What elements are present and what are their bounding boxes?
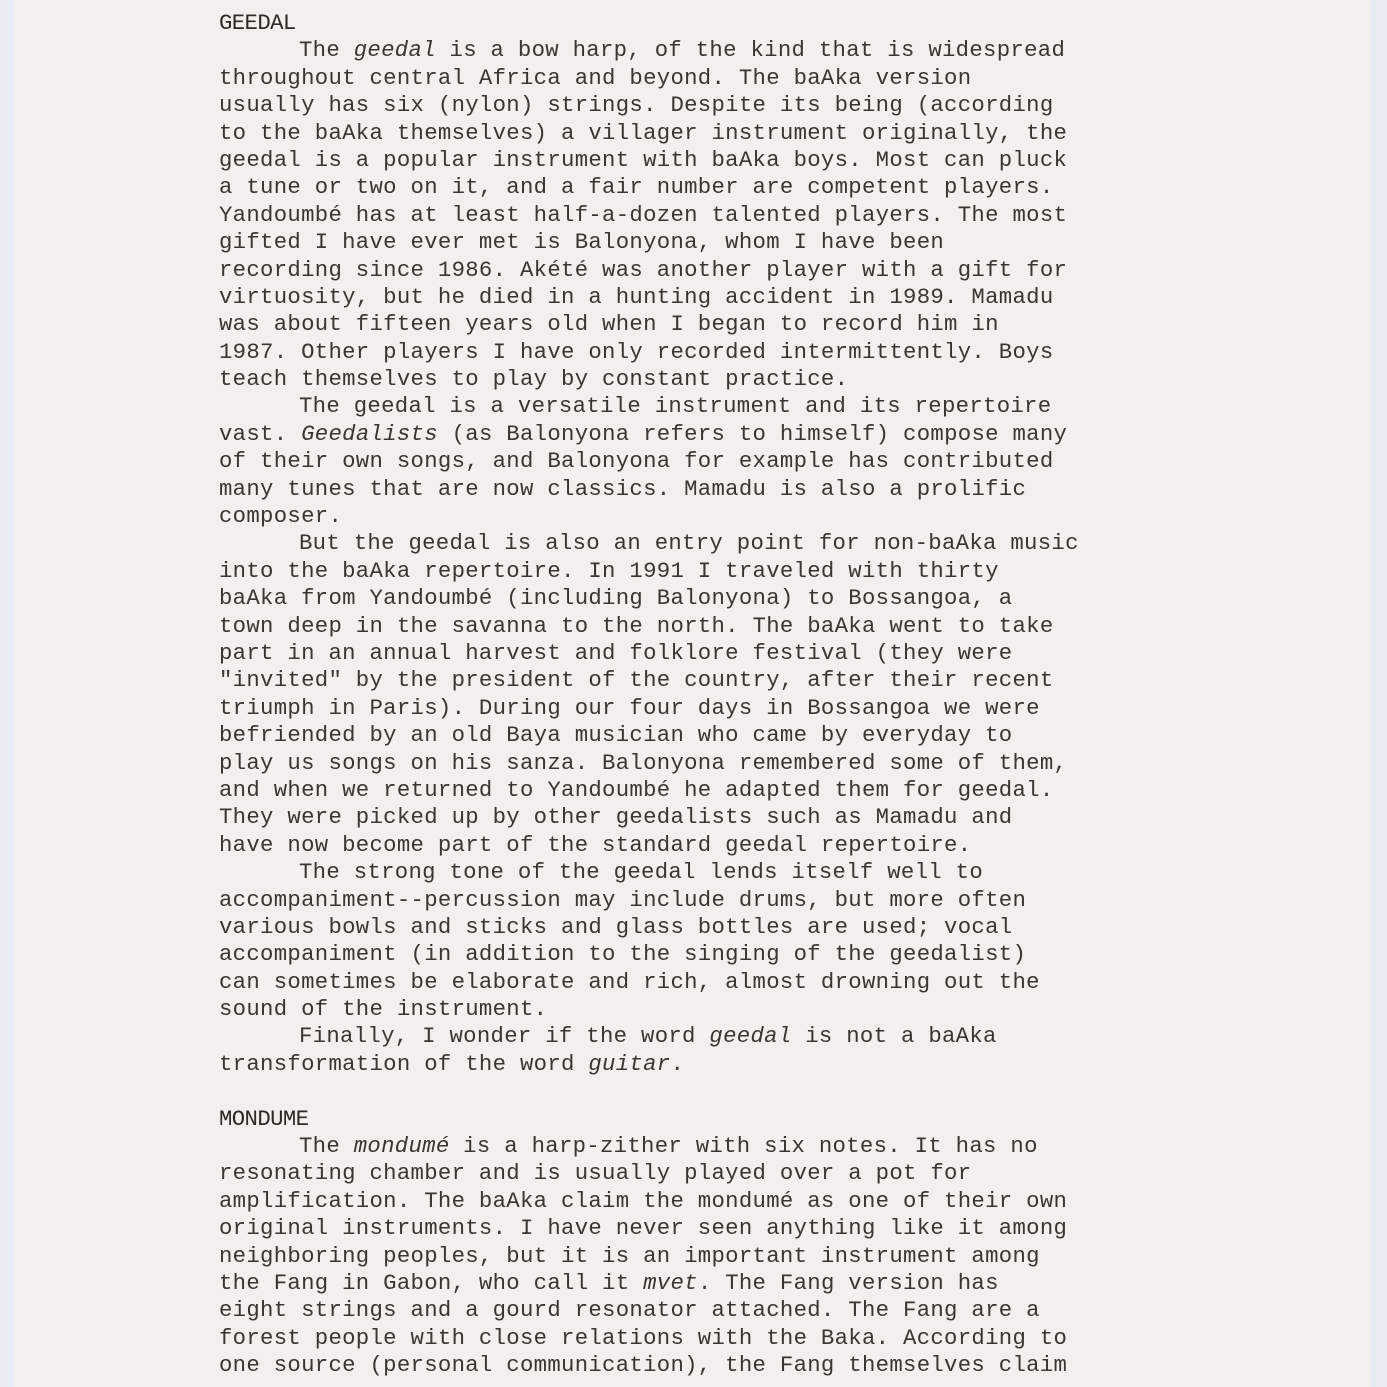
text-line: into the baAka repertoire. In 1991 I tra…: [219, 558, 1279, 585]
text-run: geedal is a popular instrument with baAk…: [219, 147, 1067, 173]
text-line: many tunes that are now classics. Mamadu…: [219, 476, 1279, 503]
italic-term: mondumé: [354, 1133, 450, 1159]
text-line: original instruments. I have never seen …: [219, 1215, 1279, 1242]
text-run: But the geedal is also an entry point fo…: [299, 530, 1079, 556]
text-line: usually has six (nylon) strings. Despite…: [219, 92, 1279, 119]
text-line: "invited" by the president of the countr…: [219, 667, 1279, 694]
text-run: neighboring peoples, but it is an import…: [219, 1243, 1040, 1269]
text-line: town deep in the savanna to the north. T…: [219, 613, 1279, 640]
text-line: and when we returned to Yandoumbé he ada…: [219, 777, 1279, 804]
text-run: play us songs on his sanza. Balonyona re…: [219, 750, 1067, 776]
document-page: GEEDALThe geedal is a bow harp, of the k…: [13, 0, 1370, 1387]
italic-term: geedal: [709, 1023, 791, 1049]
text-run: accompaniment--percussion may include dr…: [219, 887, 1026, 913]
text-line: virtuosity, but he died in a hunting acc…: [219, 284, 1279, 311]
italic-term: mvet: [643, 1270, 698, 1296]
text-run: various bowls and sticks and glass bottl…: [219, 914, 1012, 940]
text-run: sound of the instrument.: [219, 996, 547, 1022]
text-line: The mondumé is a harp-zither with six no…: [219, 1133, 1279, 1160]
text-run: into the baAka repertoire. In 1991 I tra…: [219, 558, 999, 584]
text-line: was about fifteen years old when I began…: [219, 311, 1279, 338]
text-line: neighboring peoples, but it is an import…: [219, 1243, 1279, 1270]
text-run: They were picked up by other geedalists …: [219, 804, 1012, 830]
text-line: The strong tone of the geedal lends itse…: [219, 859, 1279, 886]
text-run: forest people with close relations with …: [219, 1325, 1067, 1351]
text-line: amplification. The baAka claim the mondu…: [219, 1188, 1279, 1215]
text-line: teach themselves to play by constant pra…: [219, 366, 1279, 393]
text-run: eight strings and a gourd resonator atta…: [219, 1297, 1040, 1323]
text-line: accompaniment (in addition to the singin…: [219, 941, 1279, 968]
text-run: a tune or two on it, and a fair number a…: [219, 174, 1054, 200]
text-run: recording since 1986. Akété was another …: [219, 257, 1067, 283]
text-line: various bowls and sticks and glass bottl…: [219, 914, 1279, 941]
text-run: town deep in the savanna to the north. T…: [219, 613, 1054, 639]
text-run: The: [299, 37, 354, 63]
text-run: is a bow harp, of the kind that is wides…: [436, 37, 1065, 63]
italic-term: guitar: [588, 1051, 670, 1077]
text-run: the Fang in Gabon, who call it: [219, 1270, 643, 1296]
text-line: triumph in Paris). During our four days …: [219, 695, 1279, 722]
text-run: accompaniment (in addition to the singin…: [219, 941, 1026, 967]
text-run: "invited" by the president of the countr…: [219, 667, 1054, 693]
text-run: .: [670, 1051, 684, 1077]
text-line: vast. Geedalists (as Balonyona refers to…: [219, 421, 1279, 448]
text-run: usually has six (nylon) strings. Despite…: [219, 92, 1054, 118]
text-run: befriended by an old Baya musician who c…: [219, 722, 1012, 748]
text-run: The: [299, 1133, 354, 1159]
text-line: accompaniment--percussion may include dr…: [219, 887, 1279, 914]
text-run: was about fifteen years old when I began…: [219, 311, 999, 337]
text-line: composer.: [219, 503, 1279, 530]
text-run: original instruments. I have never seen …: [219, 1215, 1067, 1241]
text-line: a tune or two on it, and a fair number a…: [219, 174, 1279, 201]
document-body: GEEDALThe geedal is a bow harp, of the k…: [219, 10, 1279, 1380]
section-heading: GEEDAL: [219, 10, 1279, 37]
text-line: They were picked up by other geedalists …: [219, 804, 1279, 831]
section-spacer: [219, 1078, 1279, 1105]
text-line: of their own songs, and Balonyona for ex…: [219, 448, 1279, 475]
text-run: to the baAka themselves) a villager inst…: [219, 120, 1067, 146]
text-run: The geedal is a versatile instrument and…: [299, 393, 1051, 419]
text-line: resonating chamber and is usually played…: [219, 1160, 1279, 1187]
text-run: is a harp-zither with six notes. It has …: [450, 1133, 1038, 1159]
text-line: can sometimes be elaborate and rich, alm…: [219, 969, 1279, 996]
italic-term: Geedalists: [301, 421, 438, 447]
text-run: baAka from Yandoumbé (including Balonyon…: [219, 585, 1012, 611]
text-line: throughout central Africa and beyond. Th…: [219, 65, 1279, 92]
text-run: can sometimes be elaborate and rich, alm…: [219, 969, 1040, 995]
text-run: of their own songs, and Balonyona for ex…: [219, 448, 1054, 474]
text-line: gifted I have ever met is Balonyona, who…: [219, 229, 1279, 256]
text-run: Finally, I wonder if the word: [299, 1023, 709, 1049]
text-line: baAka from Yandoumbé (including Balonyon…: [219, 585, 1279, 612]
text-line: Finally, I wonder if the word geedal is …: [219, 1023, 1279, 1050]
text-line: befriended by an old Baya musician who c…: [219, 722, 1279, 749]
text-run: . The Fang version has: [698, 1270, 999, 1296]
text-line: eight strings and a gourd resonator atta…: [219, 1297, 1279, 1324]
text-line: The geedal is a versatile instrument and…: [219, 393, 1279, 420]
text-line: 1987. Other players I have only recorded…: [219, 339, 1279, 366]
text-line: transformation of the word guitar.: [219, 1051, 1279, 1078]
italic-term: geedal: [354, 37, 436, 63]
text-run: triumph in Paris). During our four days …: [219, 695, 1040, 721]
text-line: Yandoumbé has at least half-a-dozen tale…: [219, 202, 1279, 229]
text-run: amplification. The baAka claim the mondu…: [219, 1188, 1067, 1214]
text-line: one source (personal communication), the…: [219, 1352, 1279, 1379]
text-line: But the geedal is also an entry point fo…: [219, 530, 1279, 557]
text-run: one source (personal communication), the…: [219, 1352, 1067, 1378]
text-run: vast.: [219, 421, 301, 447]
text-line: geedal is a popular instrument with baAk…: [219, 147, 1279, 174]
text-run: The strong tone of the geedal lends itse…: [299, 859, 983, 885]
text-run: many tunes that are now classics. Mamadu…: [219, 476, 1026, 502]
text-run: throughout central Africa and beyond. Th…: [219, 65, 971, 91]
text-line: play us songs on his sanza. Balonyona re…: [219, 750, 1279, 777]
text-run: (as Balonyona refers to himself) compose…: [438, 421, 1067, 447]
text-run: have now become part of the standard gee…: [219, 832, 971, 858]
text-run: resonating chamber and is usually played…: [219, 1160, 971, 1186]
text-line: recording since 1986. Akété was another …: [219, 257, 1279, 284]
text-run: virtuosity, but he died in a hunting acc…: [219, 284, 1054, 310]
text-run: teach themselves to play by constant pra…: [219, 366, 848, 392]
text-line: The geedal is a bow harp, of the kind th…: [219, 37, 1279, 64]
text-line: forest people with close relations with …: [219, 1325, 1279, 1352]
section-heading: MONDUME: [219, 1106, 1279, 1133]
text-run: gifted I have ever met is Balonyona, who…: [219, 229, 944, 255]
text-run: transformation of the word: [219, 1051, 588, 1077]
text-line: sound of the instrument.: [219, 996, 1279, 1023]
text-line: the Fang in Gabon, who call it mvet. The…: [219, 1270, 1279, 1297]
text-line: part in an annual harvest and folklore f…: [219, 640, 1279, 667]
text-line: to the baAka themselves) a villager inst…: [219, 120, 1279, 147]
text-run: part in an annual harvest and folklore f…: [219, 640, 1012, 666]
text-run: 1987. Other players I have only recorded…: [219, 339, 1054, 365]
text-run: composer.: [219, 503, 342, 529]
text-run: and when we returned to Yandoumbé he ada…: [219, 777, 1054, 803]
text-run: is not a baAka: [792, 1023, 997, 1049]
text-line: have now become part of the standard gee…: [219, 832, 1279, 859]
text-run: Yandoumbé has at least half-a-dozen tale…: [219, 202, 1067, 228]
